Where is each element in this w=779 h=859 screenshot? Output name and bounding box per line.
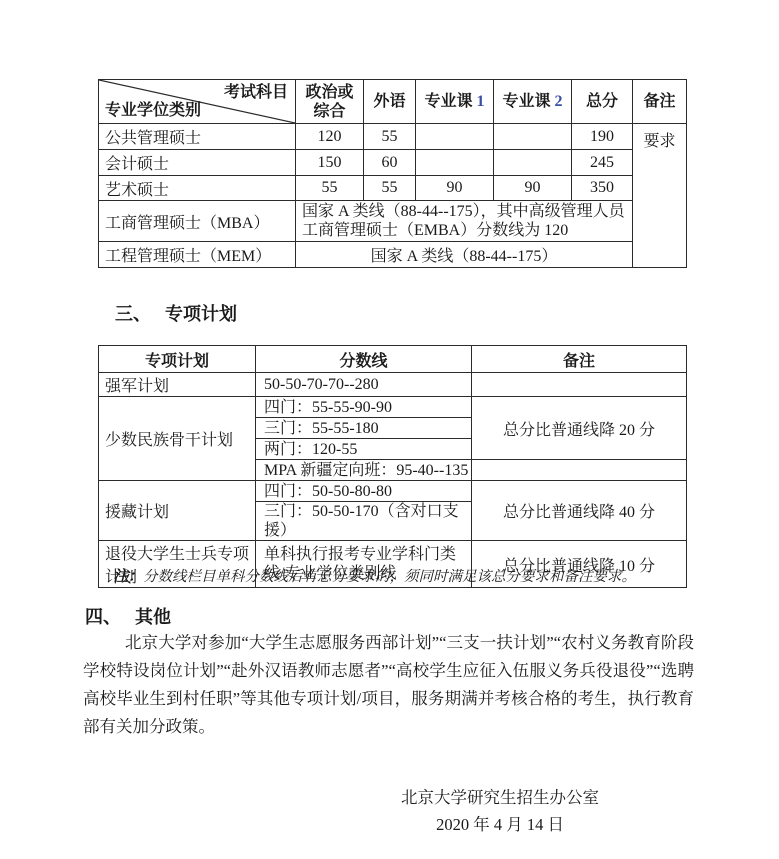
cell-remark-merged: 要求 — [633, 124, 687, 268]
degree-score-table: 考试科目 专业学位类别 政治或 综合 外语 专业课 1 专业课 2 总分 备注 … — [98, 79, 687, 268]
cell-mba-score-line: 国家 A 类线（88-44--175），其中高级管理人员工商管理硕士（EMBA）… — [296, 201, 633, 242]
table-row: 会计硕士 150 60 245 — [99, 150, 687, 176]
table-header-row: 考试科目 专业学位类别 政治或 综合 外语 专业课 1 专业课 2 总分 备注 — [99, 80, 687, 124]
table-header-row: 专项计划 分数线 备注 — [99, 346, 687, 373]
cell-foreign: 60 — [364, 150, 416, 176]
col-header-plan: 专项计划 — [99, 346, 256, 373]
col-header-score-line: 分数线 — [256, 346, 472, 373]
cell-major2 — [494, 150, 572, 176]
cell-score-line: 三门：55-55-180 — [256, 418, 472, 439]
cell-plan-name: 强军计划 — [99, 373, 256, 397]
corner-label-exam-subjects: 考试科目 — [224, 83, 288, 102]
cell-degree-name: 工商管理硕士（MBA） — [99, 201, 296, 242]
cell-total: 245 — [572, 150, 633, 176]
corner-label-degree-category: 专业学位类别 — [105, 101, 201, 120]
cell-degree-name: 会计硕士 — [99, 150, 296, 176]
cell-degree-name: 公共管理硕士 — [99, 124, 296, 150]
cell-politics: 55 — [296, 176, 364, 201]
cell-score-line: 四门：50-50-80-80 — [256, 481, 472, 502]
col-header-total: 总分 — [572, 80, 633, 124]
cell-remark-tibet: 总分比普通线降 40 分 — [472, 481, 687, 541]
cell-score-line: 50-50-70-70--280 — [256, 373, 472, 397]
table-row-tibet: 援藏计划 四门：50-50-80-80 总分比普通线降 40 分 — [99, 481, 687, 502]
cell-degree-name: 艺术硕士 — [99, 176, 296, 201]
cell-total: 350 — [572, 176, 633, 201]
diagonal-header-cell: 考试科目 专业学位类别 — [99, 80, 296, 124]
cell-foreign: 55 — [364, 124, 416, 150]
signature-date: 2020 年 4 月 14 日 — [350, 811, 650, 838]
cell-politics: 120 — [296, 124, 364, 150]
table-row: 艺术硕士 55 55 90 90 350 — [99, 176, 687, 201]
signature-org: 北京大学研究生招生办公室 — [350, 784, 650, 811]
document-page: 考试科目 专业学位类别 政治或 综合 外语 专业课 1 专业课 2 总分 备注 … — [0, 0, 779, 859]
cell-total: 190 — [572, 124, 633, 150]
cell-major2: 90 — [494, 176, 572, 201]
table-footnote: 注：分数线栏目单科分数线后有总分要求的，须同时满足该总分要求和备注要求。 — [113, 565, 673, 586]
section-heading-others: 四、其他 — [85, 603, 171, 629]
special-plan-table: 专项计划 分数线 备注 强军计划 50-50-70-70--280 少数民族骨干… — [98, 345, 687, 588]
cell-remark-empty — [472, 373, 687, 397]
cell-plan-name: 少数民族骨干计划 — [99, 397, 256, 481]
col-header-major1: 专业课 1 — [416, 80, 494, 124]
col-header-remark: 备注 — [472, 346, 687, 373]
col-header-major2: 专业课 2 — [494, 80, 572, 124]
cell-mem-score-line: 国家 A 类线（88-44--175） — [296, 242, 633, 268]
cell-major1 — [416, 124, 494, 150]
section-number: 三、 — [115, 304, 151, 324]
table-row: 公共管理硕士 120 55 190 要求 — [99, 124, 687, 150]
politics-line1: 政治或 — [296, 83, 363, 102]
cell-foreign: 55 — [364, 176, 416, 201]
table-row-qiangjun: 强军计划 50-50-70-70--280 — [99, 373, 687, 397]
major2-number: 2 — [555, 93, 563, 110]
section-number: 四、 — [85, 607, 121, 627]
cell-score-line: 两门：120-55 — [256, 439, 472, 460]
col-header-remark: 备注 — [633, 80, 687, 124]
table-row-mba: 工商管理硕士（MBA） 国家 A 类线（88-44--175），其中高级管理人员… — [99, 201, 687, 242]
section-title: 专项计划 — [165, 304, 237, 324]
col-header-politics: 政治或 综合 — [296, 80, 364, 124]
section-title: 其他 — [135, 607, 171, 627]
cell-major1: 90 — [416, 176, 494, 201]
footnote-text: 分数线栏目单科分数线后有总分要求的，须同时满足该总分要求和备注要求。 — [143, 569, 636, 585]
politics-line2: 综合 — [296, 102, 363, 121]
cell-major1 — [416, 150, 494, 176]
cell-score-line: MPA 新疆定向班：95-40--135 — [256, 460, 472, 481]
major1-number: 1 — [477, 93, 485, 110]
footnote-label: 注： — [113, 569, 143, 585]
cell-degree-name: 工程管理硕士（MEM） — [99, 242, 296, 268]
major2-text: 专业课 — [502, 93, 550, 110]
col-header-foreign-language: 外语 — [364, 80, 416, 124]
signature-block: 北京大学研究生招生办公室 2020 年 4 月 14 日 — [350, 784, 650, 838]
table-row-mem: 工程管理硕士（MEM） 国家 A 类线（88-44--175） — [99, 242, 687, 268]
cell-score-line: 四门：55-55-90-90 — [256, 397, 472, 418]
cell-score-line: 三门：50-50-170（含对口支援） — [256, 502, 472, 541]
cell-remark-empty — [472, 460, 687, 481]
table-row-minority: 少数民族骨干计划 四门：55-55-90-90 总分比普通线降 20 分 — [99, 397, 687, 418]
cell-plan-name: 援藏计划 — [99, 481, 256, 541]
cell-politics: 150 — [296, 150, 364, 176]
major1-text: 专业课 — [424, 93, 472, 110]
section-heading-special-plans: 三、专项计划 — [115, 300, 237, 326]
cell-major2 — [494, 124, 572, 150]
policy-paragraph: 北京大学对参加“大学生志愿服务西部计划”“三支一扶计划”“农村义务教育阶段学校特… — [83, 629, 694, 741]
cell-remark-minority: 总分比普通线降 20 分 — [472, 397, 687, 460]
